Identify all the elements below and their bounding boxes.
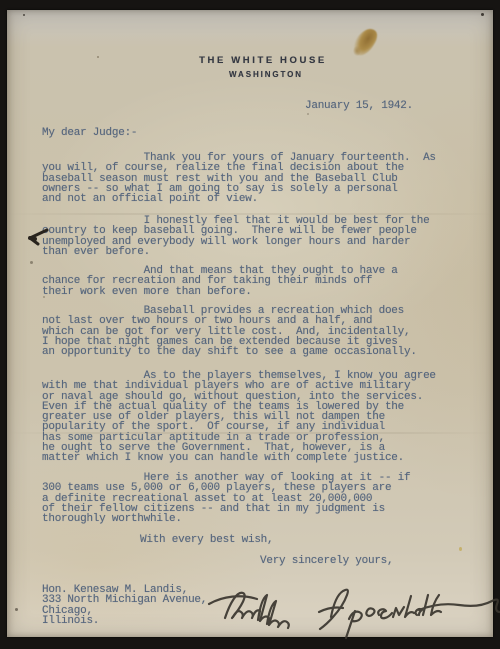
letterhead-title: THE WHITE HOUSE xyxy=(20,55,500,66)
paper-speck xyxy=(307,113,309,115)
date-line: January 15, 1942. xyxy=(305,101,413,111)
margin-ink-mark xyxy=(21,225,51,251)
fold-crease xyxy=(7,213,493,215)
paragraph-1: Thank you for yours of January fourteent… xyxy=(42,153,436,204)
paper-speck xyxy=(481,13,484,16)
salutation: My dear Judge:- xyxy=(42,128,137,138)
paper-stain-tail xyxy=(353,46,361,56)
paper-speck xyxy=(97,56,99,58)
paper-speck xyxy=(459,547,462,551)
paragraph-6: Here is another way of looking at it -- … xyxy=(42,473,410,524)
fdr-signature xyxy=(179,586,500,646)
scanned-letter-page: { "letterhead": { "line1": "THE WHITE HO… xyxy=(0,0,500,649)
closing-line: With every best wish, xyxy=(140,535,273,545)
paper-speck xyxy=(15,608,18,611)
letter-paper: THE WHITE HOUSE WASHINGTON January 15, 1… xyxy=(7,10,493,637)
paper-speck xyxy=(23,14,25,16)
paper-speck xyxy=(30,261,33,264)
fold-crease xyxy=(7,432,493,434)
paragraph-4: Baseball provides a recreation which doe… xyxy=(42,306,417,357)
signoff-line: Very sincerely yours, xyxy=(260,556,393,566)
paper-speck xyxy=(43,296,45,298)
paragraph-3: And that means that they ought to have a… xyxy=(42,266,398,297)
letterhead-subtitle: WASHINGTON xyxy=(23,70,500,79)
paragraph-5: As to the players themselves, I know you… xyxy=(42,371,436,464)
paragraph-2: I honestly feel that it would be best fo… xyxy=(42,216,429,257)
